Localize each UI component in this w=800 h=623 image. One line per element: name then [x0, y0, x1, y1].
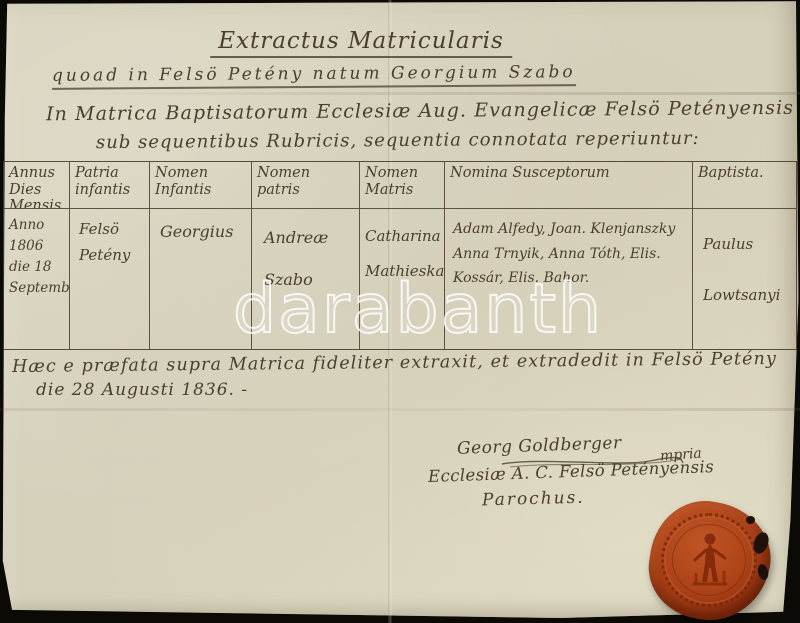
wax-seal-figure-icon [688, 530, 732, 594]
seal-dark-spot [746, 516, 755, 524]
col-header-nomen-matris: Nomen Matris [360, 162, 445, 209]
attestation-line-2: die 28 Augusti 1836. - [36, 380, 248, 400]
cell-child-name: Georgius [150, 209, 252, 349]
col-header-nomen-infantis: Nomen Infantis [150, 162, 252, 209]
col-header-nomina-susceptorum: Nomina Susceptorum [445, 162, 693, 209]
wax-seal [650, 502, 770, 620]
col-header-baptista: Baptista. [693, 162, 796, 209]
document-title: Extractus Matricularis [210, 28, 512, 58]
baptismal-record-table: Annus Dies Mensis Patria infantis Nomen … [3, 161, 797, 350]
cell-father-name: Andreæ Szabo [252, 209, 360, 349]
cell-godparents: Adam Alfedy, Joan. Klenjanszky Anna Trny… [445, 209, 693, 349]
cell-mother-name: Catharina Mathieska [360, 209, 445, 349]
signature-title-line: Parochus. [482, 488, 585, 511]
cell-birthplace: Felsö Petény [70, 209, 150, 349]
col-header-annus-dies-mensis: Annus Dies Mensis [4, 162, 70, 209]
document-subtitle: quoad in Felsö Petény natum Georgium Sza… [52, 62, 576, 90]
intro-line-2: sub sequentibus Rubricis, sequentia conn… [96, 128, 700, 153]
col-header-patria-infantis: Patria infantis [70, 162, 150, 209]
col-header-nomen-patris: Nomen patris [252, 162, 360, 209]
cell-baptist: Paulus Lowtsanyi [693, 209, 796, 349]
cell-date: Anno 1806 die 18 Septembris [4, 209, 70, 349]
scanned-document: Extractus Matricularis quoad in Felsö Pe… [0, 0, 800, 623]
